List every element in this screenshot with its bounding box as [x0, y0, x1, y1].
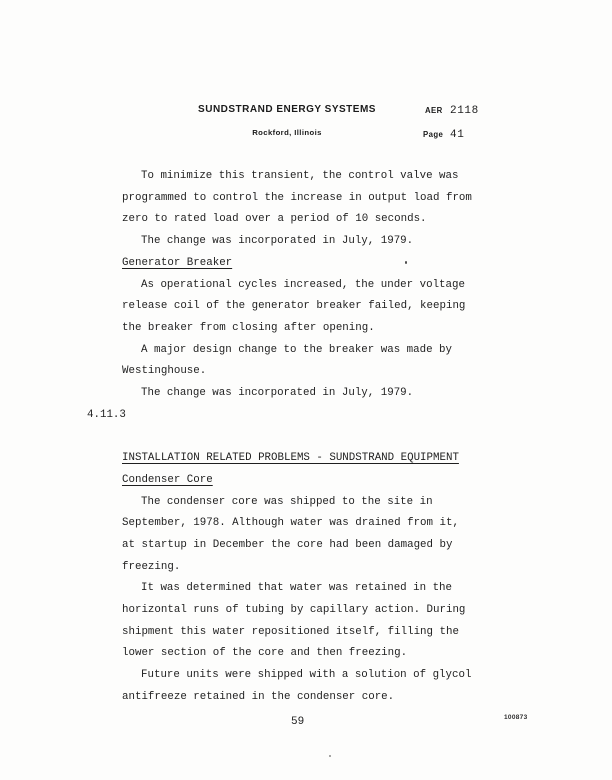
scan-artifact-dot	[329, 755, 331, 757]
doc-reference-number: 2118	[450, 105, 479, 117]
paragraph-design-change: A major design change to the breaker was…	[122, 340, 494, 383]
footer-page-number: 59	[291, 716, 304, 728]
paragraph-control-valve: To minimize this transient, the control …	[122, 166, 494, 231]
page-number-value: 41	[450, 129, 464, 141]
paragraph-change-incorporated-1: The change was incorporated in July, 197…	[122, 231, 494, 253]
scan-artifact-dot	[405, 261, 407, 264]
section-4-11-3: 4.11.3 INSTALLATION RELATED PROBLEMS - S…	[122, 405, 494, 470]
section-heading: INSTALLATION RELATED PROBLEMS - SUNDSTRA…	[122, 452, 459, 464]
paragraph-change-incorporated-2: The change was incorporated in July, 197…	[122, 383, 494, 405]
paragraph-future-units: Future units were shipped with a solutio…	[122, 665, 494, 708]
company-name: SUNDSTRAND ENERGY SYSTEMS	[187, 104, 387, 115]
paragraph-operational-cycles: As operational cycles increased, the und…	[122, 275, 494, 340]
heading-generator-breaker: Generator Breaker	[122, 253, 494, 275]
paragraph-water-retained: It was determined that water was retaine…	[122, 578, 494, 665]
section-number: 4.11.3	[87, 405, 126, 427]
document-body: To minimize this transient, the control …	[122, 166, 494, 709]
heading-condenser-core: Condenser Core	[122, 470, 494, 492]
doc-reference-label: AER	[425, 106, 443, 115]
company-location: Rockford, Illinois	[187, 128, 387, 137]
footer-stamp-number: 100873	[504, 714, 528, 721]
scanned-document-page: SUNDSTRAND ENERGY SYSTEMS Rockford, Illi…	[0, 0, 612, 780]
page-label: Page	[423, 130, 443, 139]
paragraph-condenser-shipped: The condenser core was shipped to the si…	[122, 492, 494, 579]
